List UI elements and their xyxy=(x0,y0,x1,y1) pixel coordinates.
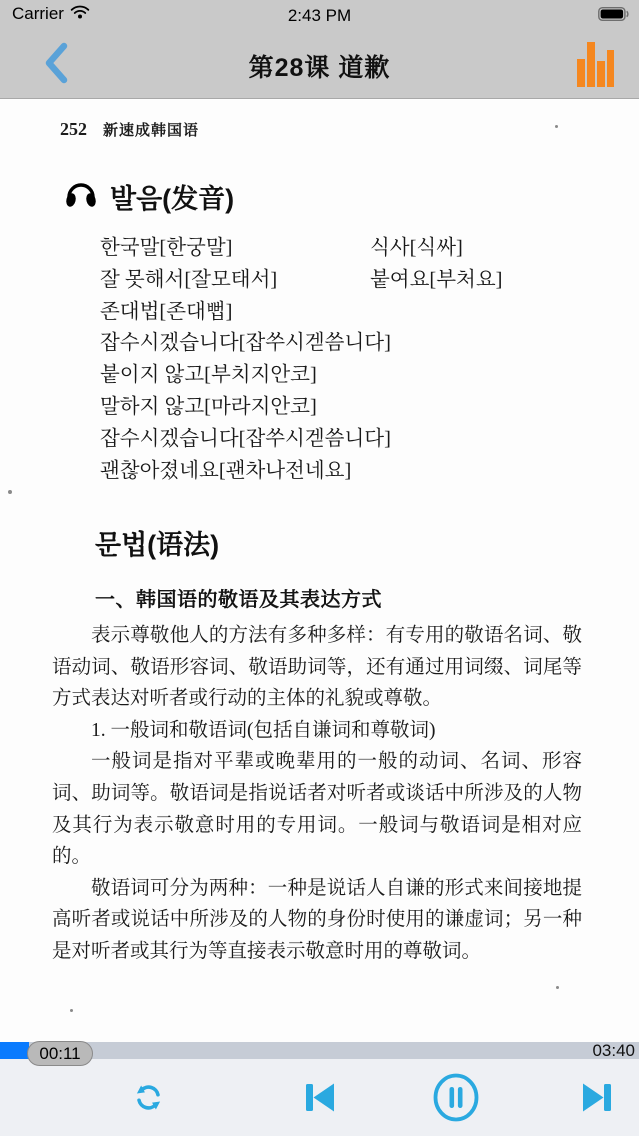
pronunciation-row: 괜찮아졌네요[괜차나전네요] xyxy=(100,456,610,488)
pronunciation-term: 존대법[존대뻡] xyxy=(100,297,370,329)
pronunciation-term: 붙이지 않고[부치지안코] xyxy=(100,360,370,392)
pronunciation-row: 말하지 않고[마라지안코] xyxy=(100,392,610,424)
pronunciation-term: 잘 못해서[잘모태서] xyxy=(100,265,370,297)
previous-track-button[interactable] xyxy=(295,1074,345,1126)
audio-player: 03:40 00:11 xyxy=(0,1042,639,1136)
pronunciation-row: 잡수시겠습니다[잡쑤시겓씀니다] xyxy=(100,424,610,456)
pronunciation-row: 잡수시겠습니다[잡쑤시겓씀니다] xyxy=(100,328,610,360)
pronunciation-row: 붙이지 않고[부치지안코] xyxy=(100,360,610,392)
next-track-button[interactable] xyxy=(572,1074,622,1126)
page-title: 第28课 道歉 xyxy=(90,48,549,84)
headphones-icon xyxy=(64,179,98,214)
nav-bar: 第28课 道歉 xyxy=(0,30,639,99)
scan-speck xyxy=(556,986,559,989)
pronunciation-term: 괜찮아졌네요[괜차나전네요] xyxy=(100,456,370,488)
pronunciation-term: 잡수시겠습니다[잡쑤시겓씀니다] xyxy=(100,424,370,456)
skip-forward-icon xyxy=(580,1082,614,1118)
grammar-paragraph: 表示尊敬他人的方法有多种多样：有专用的敬语名词、敬语动词、敬语形容词、敬语助词等… xyxy=(52,620,582,715)
bar-chart-icon xyxy=(576,41,614,92)
pronunciation-heading-label: 발음(发音) xyxy=(110,177,234,216)
pronunciation-term: 붙여요[부처요] xyxy=(370,265,502,297)
pause-button[interactable] xyxy=(431,1074,481,1126)
pronunciation-heading: 발음(发音) xyxy=(64,177,234,216)
pronunciation-row: 한국말[한궁말] 식사[식싸] xyxy=(100,233,610,265)
scan-speck xyxy=(8,490,12,494)
grammar-paragraph: 敬语词可分为两种：一种是说话人自谦的形式来间接地提高听者或说话中所涉及的人物的身… xyxy=(52,873,582,968)
progress-track[interactable]: 03:40 00:11 xyxy=(0,1042,639,1059)
book-title: 新速成韩国语 xyxy=(103,119,199,140)
status-bar: Carrier 2:43 PM xyxy=(0,0,639,30)
grammar-body: 表示尊敬他人的方法有多种多样：有专用的敬语名词、敬语动词、敬语形容词、敬语助词等… xyxy=(52,620,582,968)
pronunciation-term: 말하지 않고[마라지안코] xyxy=(100,392,370,424)
battery-full-icon xyxy=(597,5,633,28)
pronunciation-term: 한국말[한궁말] xyxy=(100,233,370,265)
pronunciation-term: 식사[식싸] xyxy=(370,233,463,265)
elapsed-time-label: 00:11 xyxy=(39,1044,80,1064)
progress-thumb[interactable]: 00:11 xyxy=(27,1041,93,1066)
scan-speck xyxy=(555,125,558,128)
back-button[interactable] xyxy=(36,42,76,88)
scan-speck xyxy=(70,1009,73,1012)
pronunciation-row: 잘 못해서[잘모태서] 붙여요[부처요] xyxy=(100,265,610,297)
progress-fill xyxy=(0,1042,29,1059)
page-number: 252 xyxy=(60,119,87,140)
book-page: 252 新速成韩国语 발음(发音) 한국말[한궁말] 식사[식싸] 잘 못해서[… xyxy=(0,99,639,1042)
grammar-list-item: 1. 一般词和敬语词(包括自谦词和尊敬词) xyxy=(52,715,582,747)
pronunciation-row: 존대법[존대뻡] xyxy=(100,297,610,329)
skip-back-icon xyxy=(303,1082,337,1118)
chevron-left-icon xyxy=(43,42,69,89)
repeat-button[interactable] xyxy=(123,1074,173,1126)
sync-icon xyxy=(134,1083,163,1117)
duration-label: 03:40 xyxy=(592,1041,635,1061)
pronunciation-list: 한국말[한궁말] 식사[식싸] 잘 못해서[잘모태서] 붙여요[부처요] 존대법… xyxy=(100,233,610,487)
header: Carrier 2:43 PM xyxy=(0,0,639,99)
pronunciation-term: 잡수시겠습니다[잡쑤시겓씀니다] xyxy=(100,328,370,360)
time-label: 2:43 PM xyxy=(0,6,639,26)
pause-circle-icon xyxy=(433,1073,479,1127)
book-header: 252 新速成韩国语 xyxy=(60,119,199,140)
grammar-section-title: 一、韩国语的敬语及其表达方式 xyxy=(95,583,382,612)
grammar-paragraph: 一般词是指对平辈或晚辈用的一般的动词、名词、形容词、助词等。敬语词是指说话者对听… xyxy=(52,746,582,872)
stats-button[interactable] xyxy=(573,42,617,90)
app-screen: Carrier 2:43 PM xyxy=(0,0,639,1136)
grammar-heading: 문법(语法) xyxy=(95,523,219,562)
